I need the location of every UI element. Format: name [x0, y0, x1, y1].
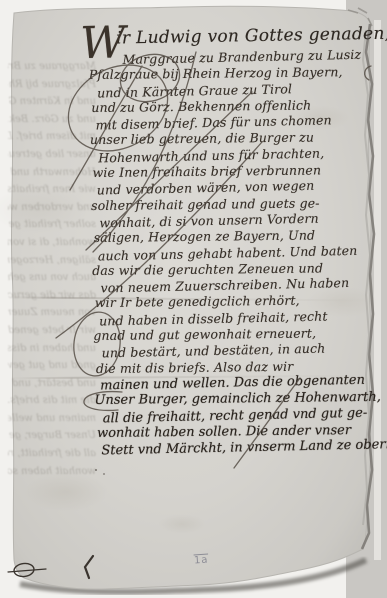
- bleed-line: mainen und wellen. Das die obgenanten: [8, 410, 96, 428]
- charter-text: W ir Ludwig von Gottes genaden, Marggrau…: [86, 24, 387, 460]
- bleed-line: wie Inen freihaits brief verbrunnen: [8, 181, 96, 199]
- bleed-line: gnad und gut gewonhait erneuert,: [8, 357, 96, 375]
- bleed-line: und zu Görz. Bekhennen offenlich: [8, 111, 96, 129]
- ink-bleedthrough: Marggraue zu Brandenburg zu Lusiz Pfalzg…: [8, 58, 96, 482]
- bleed-line: die mit dis briefs. Also daz wir: [8, 392, 96, 410]
- bleed-line: wir Ir bete genedigclich erhört,: [8, 322, 96, 340]
- bleed-line: solher freihait genad und guets ge-: [8, 216, 96, 234]
- bleed-line: Pfalzgraue bij Rhein Herzog in Bayern,: [8, 76, 96, 94]
- folio-note: 1a: [194, 555, 209, 567]
- bleed-line: und haben in disselb freihait, recht: [8, 340, 96, 358]
- bleed-line: auch von uns gehabt habent. Und baten: [8, 269, 96, 287]
- bleed-line: und verdorben wären, von wegen: [8, 199, 96, 217]
- collation-theta-icon: [13, 562, 34, 577]
- bleed-line: Hohenwarth und uns für brachten,: [8, 164, 96, 182]
- manuscript-scan: Marggraue zu Brandenburg zu Lusiz Pfalzg…: [0, 0, 387, 598]
- check-mark-icon: [85, 556, 93, 578]
- bleed-line: wonhait, di si von unsern Vordern: [8, 234, 96, 252]
- bleed-line: unser lieb getreuen, die Burger zu: [8, 146, 96, 164]
- bleed-line: das wir die geruchten Zeneuen und: [8, 287, 96, 305]
- ink-dot: [103, 473, 105, 475]
- opening-line-text: ir Ludwig von Gottes genaden,: [116, 24, 387, 49]
- bleed-line: mit disem brief. Das für uns chomen: [8, 128, 96, 146]
- bleed-line: und in Kärnten Graue zu Tirol: [8, 93, 96, 111]
- bleed-line: von neuem Zuuerschreiben. Nu haben: [8, 304, 96, 322]
- page-shadow: [20, 560, 366, 592]
- bleed-line: säligen, Herzogen ze Bayern, Und: [8, 252, 96, 270]
- bleed-line: all die freihaitt, recht genad vnd gut g…: [8, 445, 96, 463]
- calligraphic-initial-w: W: [80, 21, 126, 66]
- bleed-line: Unser Burger, gemainclich ze Hohenwarth,: [8, 427, 96, 445]
- bleed-line: und bestärt, und bestäten, in auch: [8, 375, 96, 393]
- bleed-line: wonhait haben sollen. Die ander vnser: [8, 463, 96, 481]
- collation-theta-line: [8, 569, 46, 572]
